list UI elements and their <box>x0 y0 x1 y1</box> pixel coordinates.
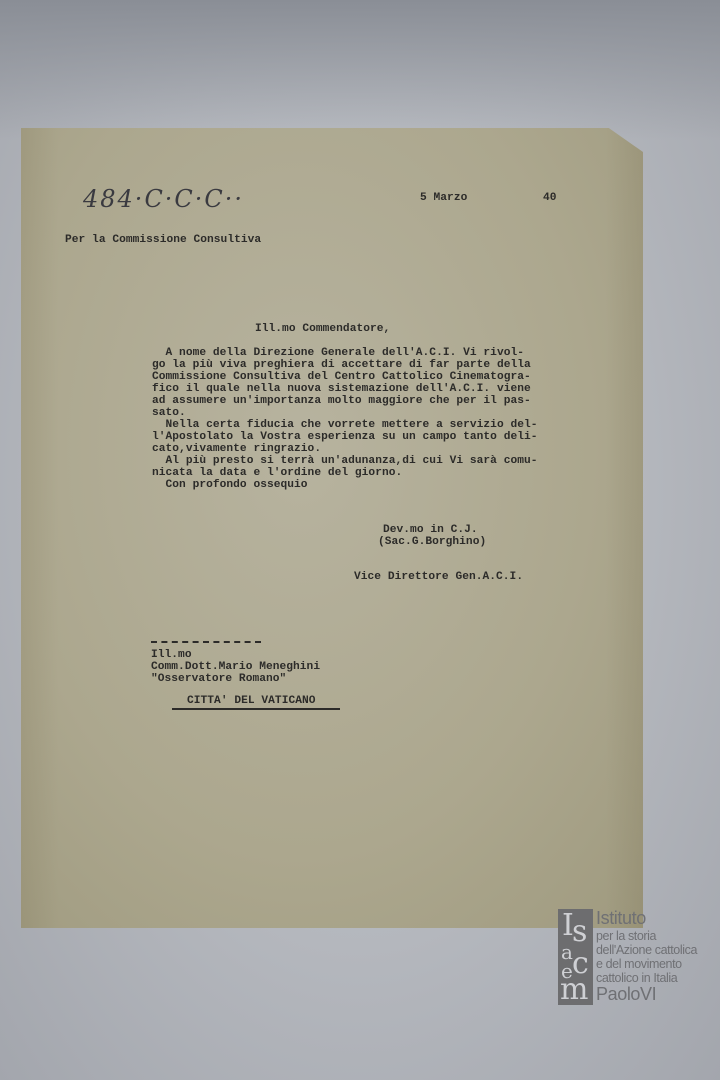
body-line: A nome della Direzione Generale dell'A.C… <box>152 347 524 359</box>
body-line: fico il quale nella nuova sistemazione d… <box>152 383 531 395</box>
letter-heading: Per la Commissione Consultiva <box>65 234 261 246</box>
body-line: nicata la data e l'ordine del giorno. <box>152 467 402 479</box>
letter-year: 40 <box>543 192 557 204</box>
logo-line: per la storia <box>596 929 656 943</box>
logo-line-paolovi: PaoloVI <box>596 985 656 1003</box>
recipient-line3: "Osservatore Romano" <box>151 673 286 685</box>
salutation: Ill.mo Commendatore, <box>255 323 390 335</box>
logo-line: dell'Azione cattolica <box>596 943 697 957</box>
recipient-city: CITTA' DEL VATICANO <box>187 695 316 707</box>
letter-paper <box>21 128 643 928</box>
background-shade <box>0 0 720 140</box>
city-underline <box>172 708 340 710</box>
isacem-monogram-logo: I s a e c m <box>558 909 593 1005</box>
body-line: cato,vivamente ringrazio. <box>152 443 321 455</box>
body-line: sato. <box>152 407 186 419</box>
signer-title: Vice Direttore Gen.A.C.I. <box>354 571 523 583</box>
body-line: Commissione Consultiva del Centro Cattol… <box>152 371 531 383</box>
body-line: ad assumere un'importanza molto maggiore… <box>152 395 531 407</box>
letter-date: 5 Marzo <box>420 192 467 204</box>
logo-letter: s <box>572 917 587 947</box>
logo-line: cattolico in Italia <box>596 971 677 985</box>
body-line: Con profondo ossequio <box>152 479 308 491</box>
body-line: l'Apostolato la Vostra esperienza su un … <box>152 431 538 443</box>
recipient-line2: Comm.Dott.Mario Meneghini <box>151 661 320 673</box>
signature: (Sac.G.Borghino) <box>378 536 486 548</box>
logo-line: e del movimento <box>596 957 682 971</box>
body-line: Nella certa fiducia che vorrete mettere … <box>152 419 538 431</box>
handwritten-reference: 484·C·C·C·· <box>83 185 244 213</box>
logo-title: Istituto <box>596 909 646 927</box>
closing: Dev.mo in C.J. <box>383 524 478 536</box>
logo-letter: m <box>560 975 588 1005</box>
recipient-line1: Ill.mo <box>151 649 192 661</box>
body-line: Al più presto si terrà un'adunanza,di cu… <box>152 455 538 467</box>
separator-dashes <box>151 641 261 643</box>
body-line: go la più viva preghiera di accettare di… <box>152 359 531 371</box>
